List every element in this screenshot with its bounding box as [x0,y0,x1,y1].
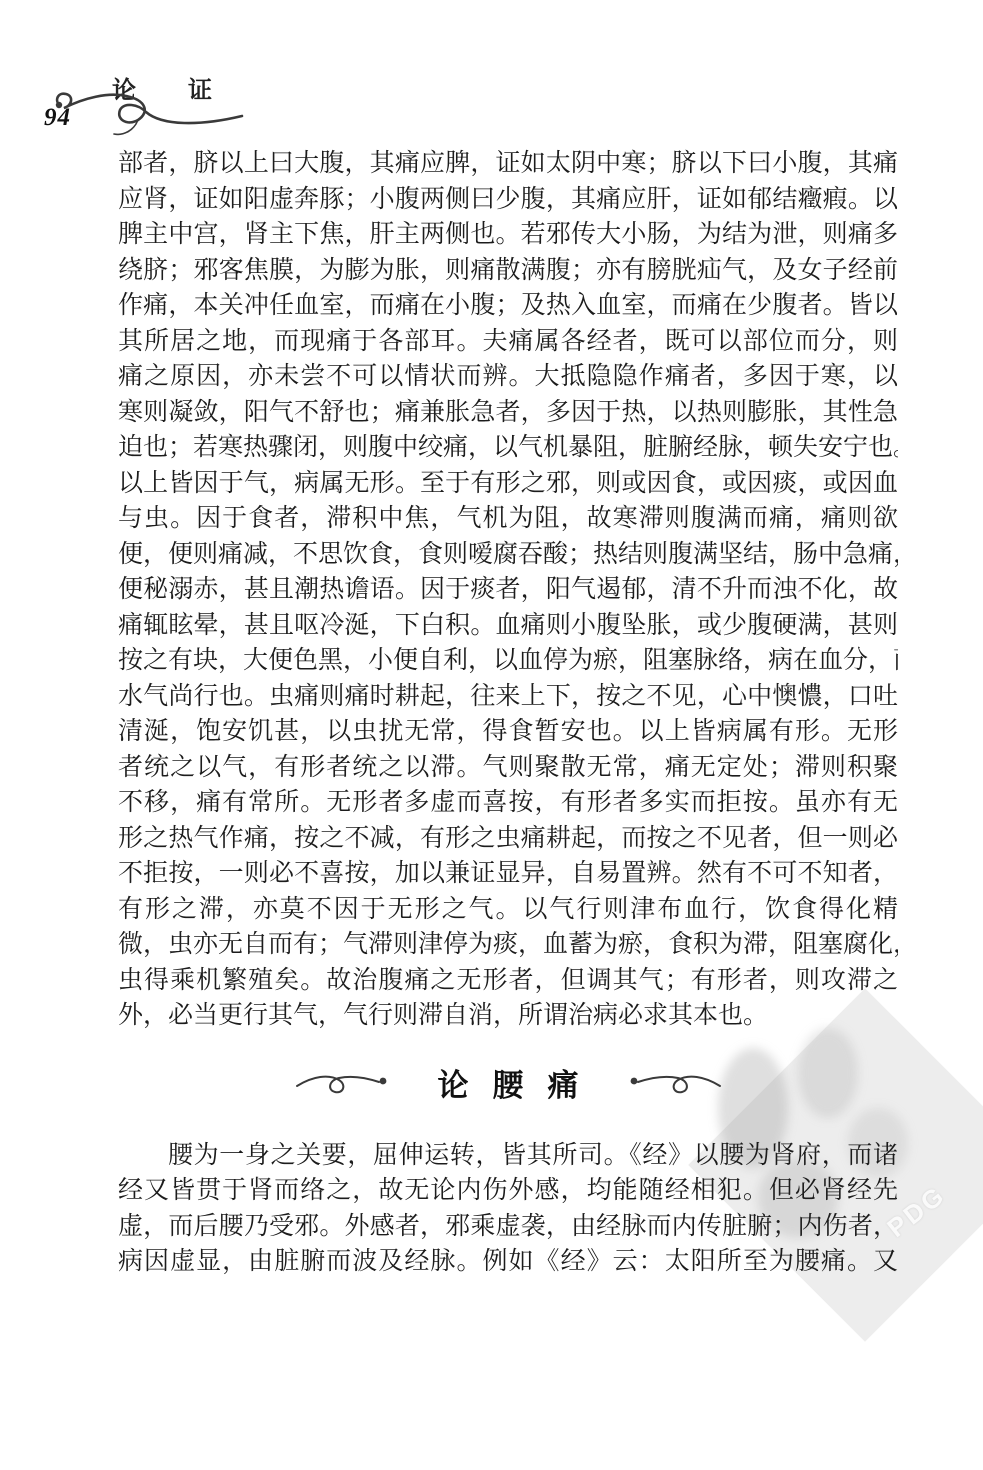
text-column: 部者，脐以上曰大腹，其痛应脾，证如太阴中寒；脐以下曰小腹，其痛应肾，证如阳虚奔豚… [118,146,898,1280]
paragraph-1: 部者，脐以上曰大腹，其痛应脾，证如太阴中寒；脐以下曰小腹，其痛应肾，证如阳虚奔豚… [118,146,898,1034]
text-line: 不移，痛有常所。无形者多虚而喜按，有形者多实而拒按。虽亦有无 [118,785,898,821]
text-line: 外，必当更行其气，气行则滞自消，所谓治病必求其本也。 [118,998,898,1034]
text-line: 作痛，本关冲任血室，而痛在小腹；及热入血室，而痛在少腹者。皆以 [118,288,898,324]
text-line: 病因虚显，由脏腑而波及经脉。例如《经》云：太阳所至为腰痛。又 [118,1244,898,1280]
text-line: 绕脐；邪客焦膜，为膨为胀，则痛散满腹；亦有膀胱疝气，及女子经前 [118,253,898,289]
text-line: 脾主中宫，肾主下焦，肝主两侧也。若邪传大小肠，为结为泄，则痛多 [118,217,898,253]
running-header: 论证 94 [0,0,983,150]
text-line: 痛辄眩晕，甚且呕冷涎，下白积。血痛则小腹坠胀，或少腹硬满，甚则 [118,608,898,644]
text-line: 便，便则痛减，不思饮食，食则嗳腐吞酸；热结则腹满坚结，肠中急痛， [118,537,898,573]
text-line: 与虫。因于食者，滞积中焦，气机为阻，故寒滞则腹满而痛，痛则欲 [118,501,898,537]
text-line: 虫得乘机繁殖矣。故治腹痛之无形者，但调其气；有形者，则攻滞之 [118,963,898,999]
text-line: 微，虫亦无自而有；气滞则津停为痰，血蓄为瘀，食积为滞，阻塞腐化， [118,927,898,963]
text-line: 应肾，证如阳虚奔豚；小腹两侧曰少腹，其痛应肝，证如郁结癥瘕。以 [118,182,898,218]
text-line: 便秘溺赤，甚且潮热谵语。因于痰者，阳气遏郁，清不升而浊不化，故 [118,572,898,608]
heading-flourish-right-icon [617,1068,722,1098]
text-line: 不拒按，一则必不喜按，加以兼证显异，自易置辨。然有不可不知者， [118,856,898,892]
text-line: 按之有块，大便色黑，小便自利，以血停为瘀，阻塞脉络，病在血分，而 [118,643,898,679]
text-line: 虚，而后腰乃受邪。外感者，邪乘虚袭，由经脉而内传脏腑；内伤者， [118,1209,898,1245]
text-line: 以上皆因于气，病属无形。至于有形之邪，则或因食，或因痰，或因血 [118,466,898,502]
heading-flourish-left-icon [295,1068,400,1098]
section-heading: 论腰痛 [118,1060,898,1106]
page-number: 94 [44,104,71,132]
text-line: 形之热气作痛，按之不减，有形之虫痛耕起，而按之不见者，但一则必 [118,821,898,857]
book-page: PDG 论证 94 部者，脐以上曰大腹，其痛应脾，证如太阴中寒；脐以下曰小腹，其… [0,0,983,1470]
text-line: 经又皆贯于肾而络之，故无论内伤外感，均能随经相犯。但必肾经先 [118,1173,898,1209]
text-line: 者统之以气，有形者统之以滞。气则聚散无常，痛无定处；滞则积聚 [118,750,898,786]
text-line: 部者，脐以上曰大腹，其痛应脾，证如太阴中寒；脐以下曰小腹，其痛 [118,146,898,182]
header-flourish-icon [50,86,250,148]
text-line: 迫也；若寒热骤闭，则腹中绞痛，以气机暴阻，脏腑经脉，顿失安宁也。 [118,430,898,466]
text-line: 寒则凝敛，阳气不舒也；痛兼胀急者，多因于热，以热则膨胀，其性急 [118,395,898,431]
text-line: 腰为一身之关要，屈伸运转，皆其所司。《经》以腰为肾府，而诸 [118,1138,898,1174]
paragraph-2: 腰为一身之关要，屈伸运转，皆其所司。《经》以腰为肾府，而诸经又皆贯于肾而络之，故… [118,1138,898,1280]
section-title: 论腰痛 [414,1060,603,1105]
text-line: 其所居之地，而现痛于各部耳。夫痛属各经者，既可以部位而分，则 [118,324,898,360]
text-line: 有形之滞，亦莫不因于无形之气。以气行则津布血行，饮食得化精 [118,892,898,928]
text-line: 水气尚行也。虫痛则痛时耕起，往来上下，按之不见，心中懊憹，口吐 [118,679,898,715]
text-line: 清涎，饱安饥甚，以虫扰无常，得食暂安也。以上皆病属有形。无形 [118,714,898,750]
text-line: 痛之原因，亦未尝不可以情状而辨。大抵隐隐作痛者，多因于寒，以 [118,359,898,395]
